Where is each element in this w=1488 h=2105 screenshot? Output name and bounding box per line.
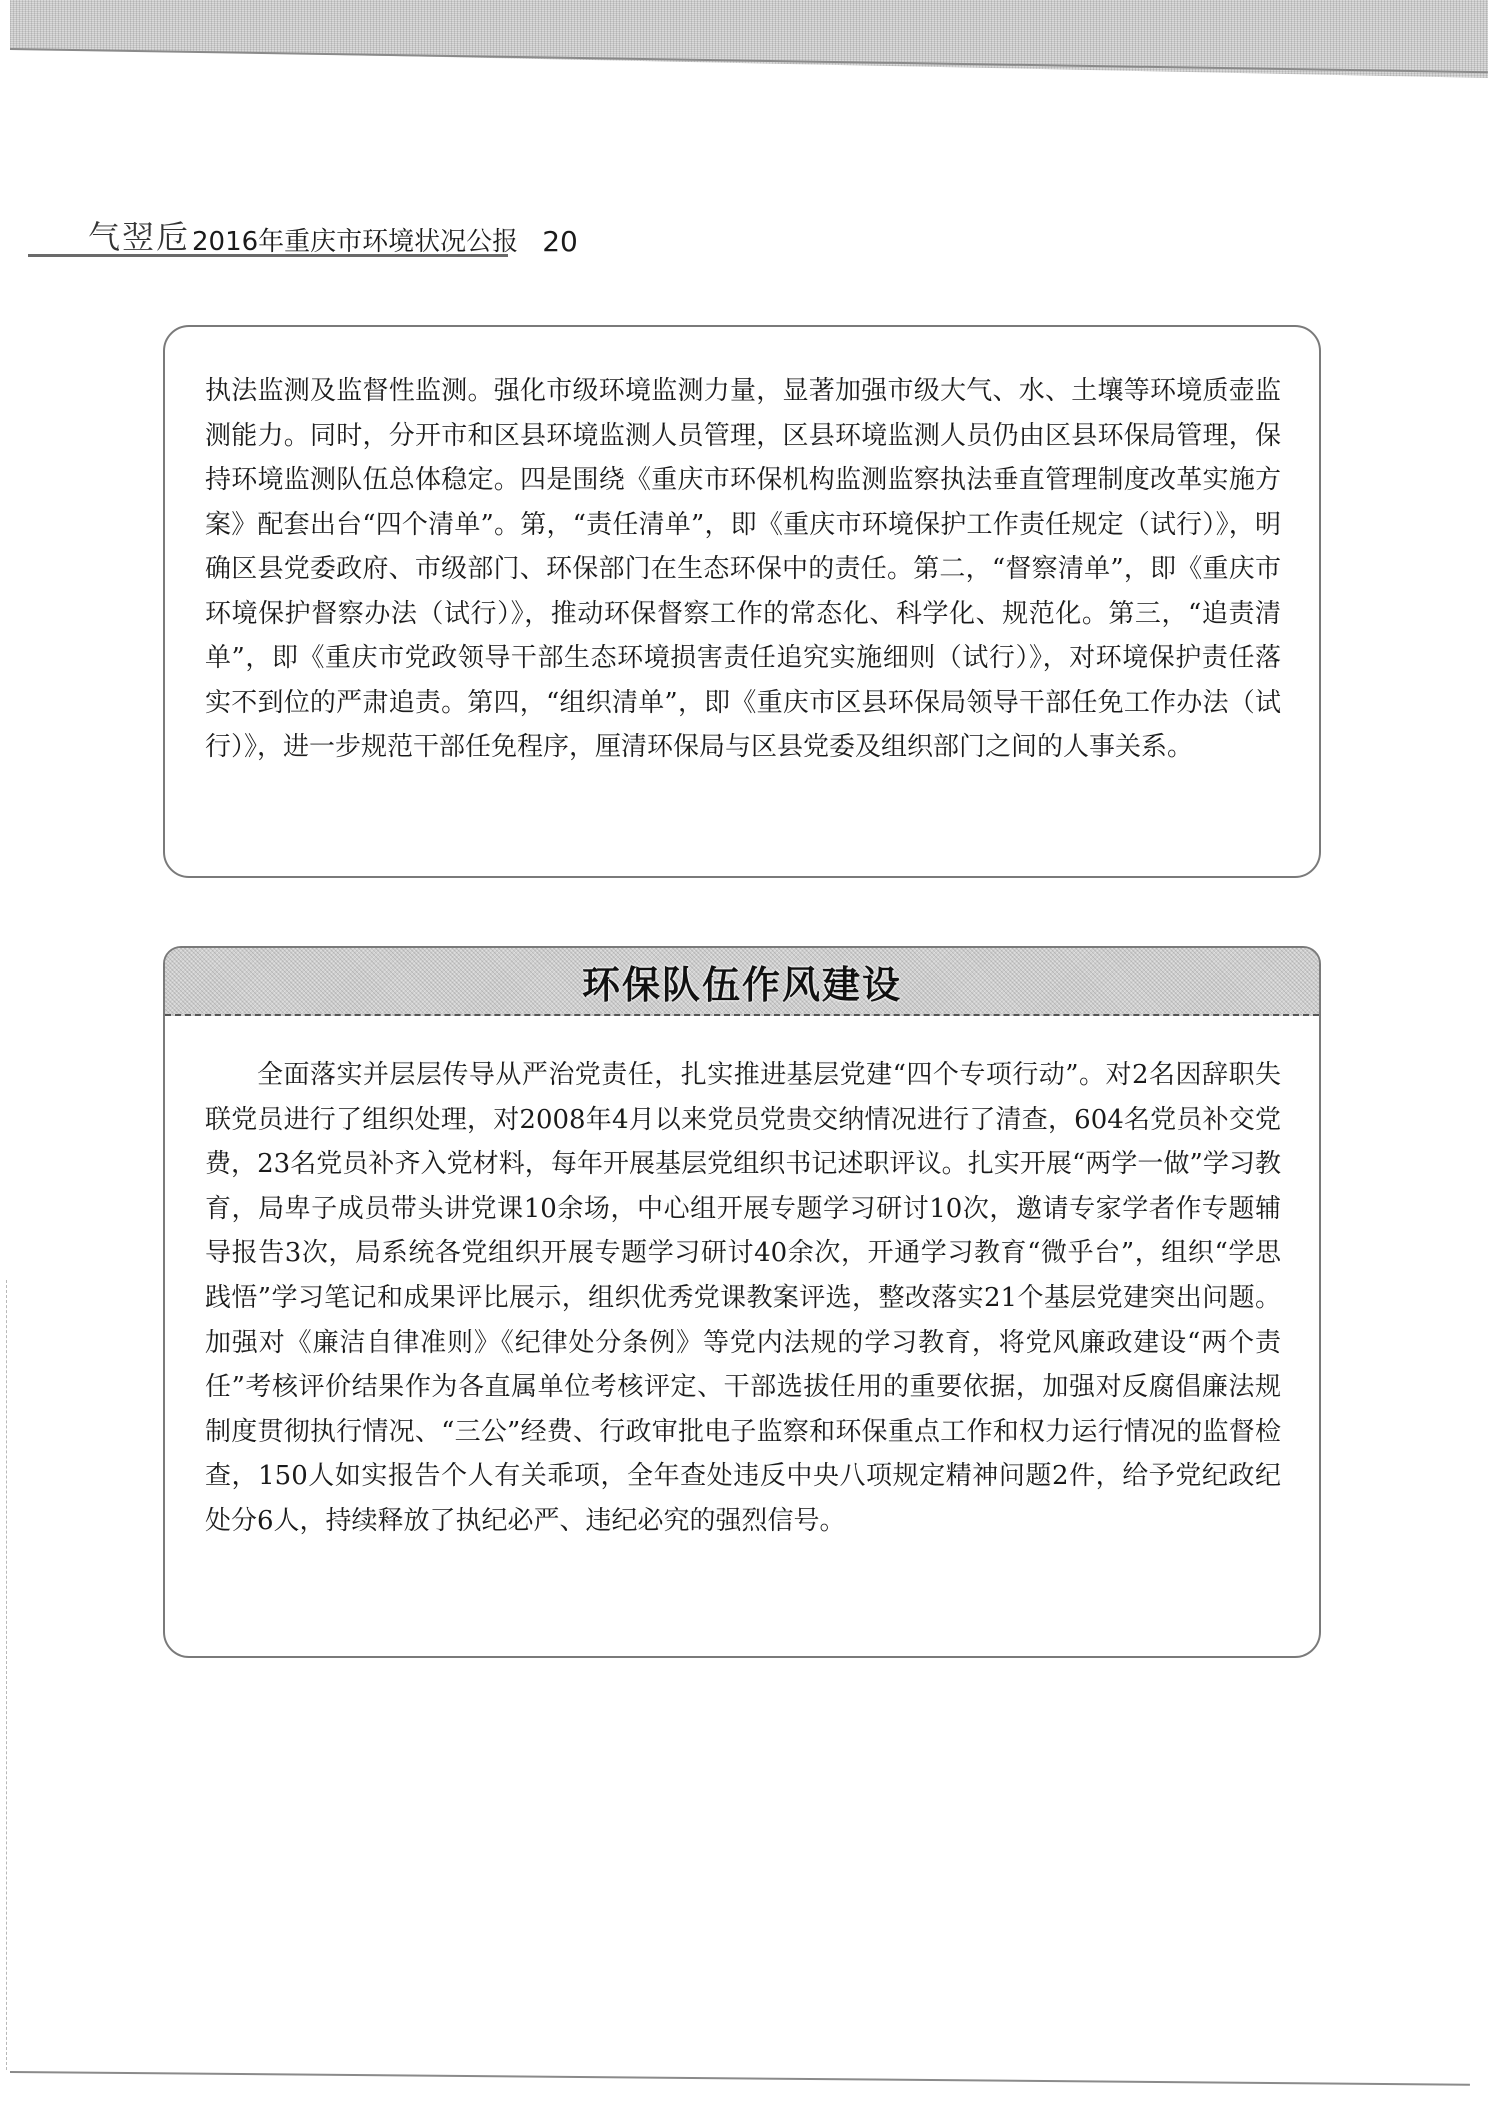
content-box-team-style: 环保队伍作风建设 全面落实并层层传导从严治党责任，扎实推进基层党建“四个专项行动… xyxy=(163,946,1321,1658)
scan-bottom-edge-line xyxy=(10,2071,1470,2086)
running-header: 气翌卮 2016年重庆市环境状况公报 20 xyxy=(88,208,578,258)
page-number: 20 xyxy=(542,225,578,258)
paragraph: 执法监测及监督性监测。强化市级环境监测力量，显著加强市级大气、水、土壤等环境质壶… xyxy=(205,369,1281,770)
section-title: 环保队伍作风建设 xyxy=(582,954,902,1009)
box-body: 执法监测及监督性监测。强化市级环境监测力量，显著加强市级大气、水、土壤等环境质壶… xyxy=(205,369,1281,770)
scan-top-band xyxy=(10,0,1488,78)
section-header: 环保队伍作风建设 xyxy=(165,948,1319,1016)
scan-left-edge xyxy=(6,1280,8,2070)
header-rule xyxy=(28,254,508,257)
box-body: 全面落实并层层传导从严治党责任，扎实推进基层党建“四个专项行动”。对2名因辞职失… xyxy=(205,1053,1281,1544)
header-title: 2016年重庆市环境状况公报 xyxy=(192,221,518,258)
paragraph: 全面落实并层层传导从严治党责任，扎实推进基层党建“四个专项行动”。对2名因辞职失… xyxy=(205,1053,1281,1544)
header-logo: 气翌卮 xyxy=(88,212,190,258)
content-box-monitoring-reform: 执法监测及监督性监测。强化市级环境监测力量，显著加强市级大气、水、土壤等环境质壶… xyxy=(163,325,1321,878)
